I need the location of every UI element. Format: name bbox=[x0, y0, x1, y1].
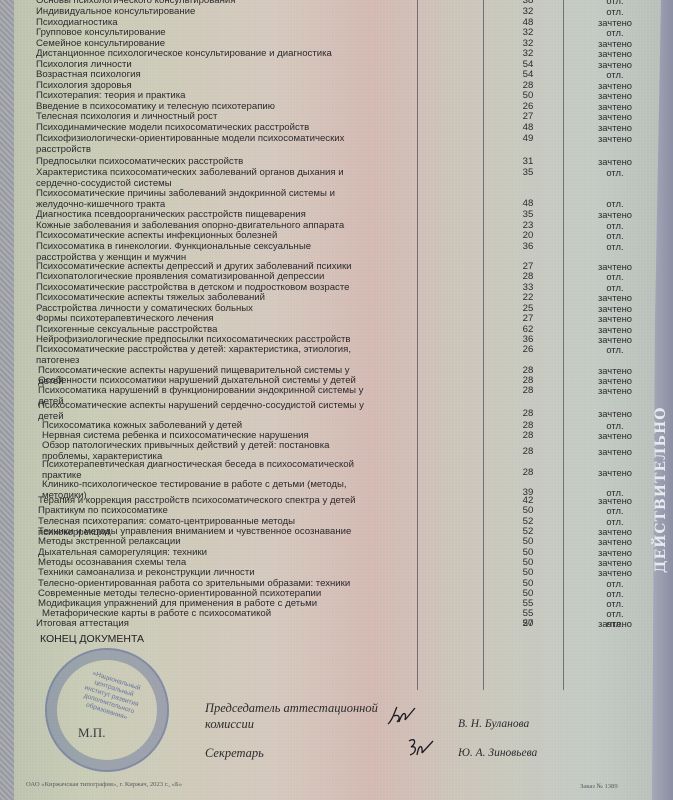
subject-hours: 50 bbox=[510, 506, 546, 517]
column-divider bbox=[563, 0, 564, 690]
subject-grade: зачтено bbox=[585, 210, 645, 221]
subject-hours: 35 bbox=[510, 210, 546, 221]
secretary-signature-icon bbox=[405, 735, 439, 761]
subject-name: Групповое консультирование bbox=[36, 28, 366, 39]
subject-grade: отл. bbox=[585, 7, 645, 18]
subject-name: Итоговая аттестация bbox=[36, 619, 366, 630]
final-hours: 20 bbox=[510, 619, 546, 630]
subject-grade: зачтено bbox=[585, 409, 645, 420]
column-divider bbox=[417, 0, 418, 690]
subject-hours: 28 bbox=[510, 431, 546, 442]
subject-hours: 20 bbox=[510, 231, 546, 242]
chair-label: Председатель аттестационной комиссии bbox=[205, 700, 405, 732]
subject-hours: 27 bbox=[510, 314, 546, 325]
subject-name: Психодинамические модели психосоматическ… bbox=[36, 123, 366, 134]
subject-grade: зачтено bbox=[585, 447, 645, 458]
subject-hours: 28 bbox=[510, 272, 546, 283]
subject-name: Характеристика психосоматических заболев… bbox=[36, 168, 366, 189]
subject-grade: зачтено bbox=[585, 123, 645, 134]
subject-hours: 48 bbox=[510, 123, 546, 134]
subject-name: Индивидуальное консультирование bbox=[36, 7, 366, 18]
subject-grade: отл. bbox=[585, 70, 645, 81]
subject-grade: зачтено bbox=[585, 386, 645, 397]
subject-name: Психосоматические аспекты тяжелых заболе… bbox=[36, 293, 366, 304]
subject-hours: 28 bbox=[510, 447, 546, 458]
subject-grade: отл. bbox=[585, 345, 645, 356]
subject-grade: отл. bbox=[585, 272, 645, 283]
subject-name: Психосоматические расстройства у детей: … bbox=[36, 345, 366, 366]
subject-grade: отл. bbox=[585, 28, 645, 39]
subject-name: Техники самоанализа и реконструкции личн… bbox=[38, 568, 368, 579]
subject-grade: зачтено bbox=[585, 157, 645, 168]
subject-name: Практикум по психосоматике bbox=[38, 506, 368, 517]
subject-hours: 28 bbox=[510, 409, 546, 420]
chair-name: В. Н. Буланова bbox=[458, 718, 529, 730]
subject-hours: 32 bbox=[510, 7, 546, 18]
secretary-label: Секретарь bbox=[205, 745, 264, 761]
subject-hours: 27 bbox=[510, 112, 546, 123]
subject-name: Дистанционное психологическое консультир… bbox=[36, 49, 366, 60]
printer-imprint: ОАО «Киржачская типография», г. Киржач, … bbox=[26, 781, 182, 788]
chair-signature-icon bbox=[385, 704, 419, 730]
subject-hours: 54 bbox=[510, 70, 546, 81]
left-security-border bbox=[0, 0, 14, 800]
subject-hours: 26 bbox=[510, 345, 546, 356]
subject-name: Психотерапия: теория и практика bbox=[36, 91, 366, 102]
subject-hours: 32 bbox=[510, 49, 546, 60]
subject-hours: 50 bbox=[510, 537, 546, 548]
order-number: Заказ № 1389 bbox=[580, 783, 618, 790]
subject-name: Предпосылки психосоматических расстройст… bbox=[36, 157, 366, 168]
subject-grade: зачтено bbox=[585, 431, 645, 442]
border-watermark-text: ДЕЙСТВИТЕЛЬНО bbox=[653, 300, 671, 680]
official-seal: «Национальный центральный институт разви… bbox=[45, 648, 169, 772]
subject-hours: 50 bbox=[510, 91, 546, 102]
subject-name: Формы психотерапевтического лечения bbox=[36, 314, 366, 325]
subject-hours: 50 bbox=[510, 568, 546, 579]
subject-grade: отл. bbox=[585, 506, 645, 517]
subject-name: Психосоматические причины заболеваний эн… bbox=[36, 189, 366, 210]
subject-hours: 36 bbox=[510, 242, 546, 253]
subject-name: Психотерапевтическая диагностическая бес… bbox=[42, 460, 372, 481]
subject-hours: 28 bbox=[510, 386, 546, 397]
column-divider bbox=[483, 0, 484, 690]
subject-grade: зачтено bbox=[585, 314, 645, 325]
subject-grade: отл. bbox=[585, 242, 645, 253]
subject-name: Психосоматические аспекты нарушений серд… bbox=[38, 401, 368, 422]
subject-name: Психосоматические аспекты инфекционных б… bbox=[36, 231, 366, 242]
subject-name: Психосоматика в гинекологии. Функциональ… bbox=[36, 242, 366, 263]
subject-grade: зачтено bbox=[585, 468, 645, 479]
subject-name: Психопатологические проявления соматизир… bbox=[36, 272, 366, 283]
subject-hours: 31 bbox=[510, 157, 546, 168]
subject-hours: 32 bbox=[510, 28, 546, 39]
subject-name: Диагностика псевдоорганических расстройс… bbox=[36, 210, 366, 221]
subject-hours: 48 bbox=[510, 199, 546, 210]
secretary-name: Ю. А. Зиновьева bbox=[458, 747, 537, 759]
subject-grade: отл. bbox=[585, 199, 645, 210]
subject-grade: зачтено bbox=[585, 91, 645, 102]
subject-grade: зачтено bbox=[585, 112, 645, 123]
subject-hours: 49 bbox=[510, 134, 546, 145]
subject-grade: отл. bbox=[585, 168, 645, 179]
subject-grade: зачтено bbox=[585, 537, 645, 548]
subject-grade: зачтено bbox=[585, 134, 645, 145]
subject-name: Методы экстренной релаксации bbox=[38, 537, 368, 548]
subject-grade: зачтено bbox=[585, 293, 645, 304]
end-of-document-label: КОНЕЦ ДОКУМЕНТА bbox=[40, 633, 144, 645]
subject-hours: 35 bbox=[510, 168, 546, 179]
final-grade: отл. bbox=[585, 619, 645, 630]
subject-name: Телесная психология и личностный рост bbox=[36, 112, 366, 123]
subject-name: Возрастная психология bbox=[36, 70, 366, 81]
subject-grade: отл. bbox=[585, 231, 645, 242]
subject-hours: 22 bbox=[510, 293, 546, 304]
subject-name: Психофизиологически-ориентированные моде… bbox=[36, 134, 366, 155]
subject-hours: 28 bbox=[510, 468, 546, 479]
subject-grade: зачтено bbox=[585, 49, 645, 60]
seal-place-label: М.П. bbox=[78, 725, 105, 741]
subject-grade: зачтено bbox=[585, 568, 645, 579]
